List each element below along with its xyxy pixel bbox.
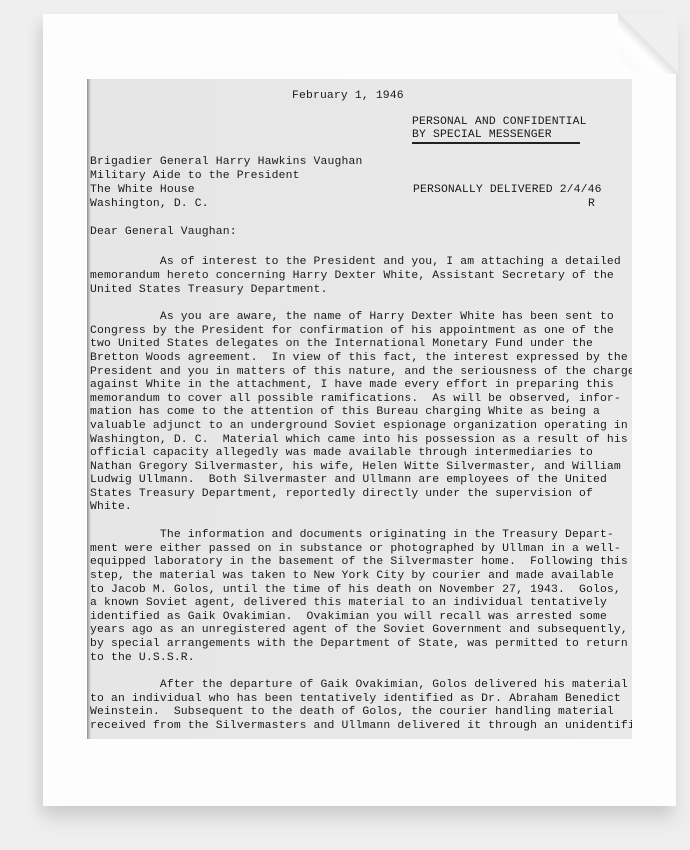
classification-line-2: BY SPECIAL MESSENGER	[412, 129, 552, 142]
paragraph-2-line: two United States delegates on the Inter…	[90, 338, 593, 351]
paragraph-3-line: years ago as an unregistered agent of th…	[90, 624, 628, 637]
paragraph-3-line: to Jacob M. Golos, until the time of his…	[90, 584, 621, 597]
paragraph-2-line: States Treasury Department, reportedly d…	[90, 488, 593, 501]
recipient-line: Washington, D. C.	[90, 198, 209, 211]
paragraph-2-line: mation has come to the attention of this…	[90, 406, 600, 419]
recipient-line: Brigadier General Harry Hawkins Vaughan	[90, 156, 362, 169]
paragraph-3-line: The information and documents originatin…	[90, 529, 614, 542]
paragraph-4-line: received from the Silvermasters and Ullm…	[90, 720, 632, 733]
paragraph-2-line: memorandum to cover all possible ramific…	[90, 393, 621, 406]
page-curl-corner	[618, 14, 678, 74]
paragraph-2-line: official capacity allegedly was made ava…	[90, 447, 593, 460]
paragraph-2-line: valuable adjunct to an underground Sovie…	[90, 420, 628, 433]
paragraph-2-line: Congress by the President for confirmati…	[90, 325, 614, 338]
paragraph-2-line: As you are aware, the name of Harry Dext…	[90, 311, 614, 324]
paragraph-3-line: ment were either passed on in substance …	[90, 543, 621, 556]
paragraph-1-line: As of interest to the President and you,…	[90, 256, 621, 269]
letter-photo: February 1, 1946 PERSONAL AND CONFIDENTI…	[87, 79, 632, 739]
paragraph-2-line: Ludwig Ullmann. Both Silvermaster and Ul…	[90, 474, 607, 487]
paragraph-3-line: identified as Gaik Ovakimian. Ovakimian …	[90, 611, 607, 624]
delivery-note: PERSONALLY DELIVERED 2/4/46	[413, 184, 602, 197]
paragraph-4-line: Weinstein. Subsequent to the death of Go…	[90, 706, 614, 719]
paragraph-2-line: Washington, D. C. Material which came in…	[90, 434, 628, 447]
paragraph-4-line: to an individual who has been tentativel…	[90, 693, 621, 706]
paragraph-2-line: Bretton Woods agreement. In view of this…	[90, 352, 628, 365]
paragraph-2-line: White.	[90, 501, 132, 514]
paragraph-1-line: United States Treasury Department.	[90, 284, 328, 297]
paragraph-3-line: equipped laboratory in the basement of t…	[90, 556, 628, 569]
paragraph-1-line: memorandum hereto concerning Harry Dexte…	[90, 270, 614, 283]
paragraph-3-line: a known Soviet agent, delivered this mat…	[90, 597, 607, 610]
recipient-line: Military Aide to the President	[90, 170, 300, 183]
salutation: Dear General Vaughan:	[90, 226, 237, 239]
paragraph-2-line: President and you in matters of this nat…	[90, 366, 632, 379]
paragraph-3-line: to the U.S.S.R.	[90, 652, 195, 665]
recipient-line: The White House	[90, 184, 195, 197]
paragraph-2-line: against White in the attachment, I have …	[90, 379, 614, 392]
classification-underline	[412, 142, 580, 144]
paragraph-3-line: step, the material was taken to New York…	[90, 570, 614, 583]
classification-line-1: PERSONAL AND CONFIDENTIAL	[412, 116, 587, 129]
delivery-initial: R	[588, 198, 595, 211]
paragraph-3-line: by special arrangements with the Departm…	[90, 638, 628, 651]
paragraph-4-line: After the departure of Gaik Ovakimian, G…	[90, 679, 628, 692]
letter-date: February 1, 1946	[292, 90, 404, 103]
paragraph-2-line: Nathan Gregory Silvermaster, his wife, H…	[90, 461, 621, 474]
